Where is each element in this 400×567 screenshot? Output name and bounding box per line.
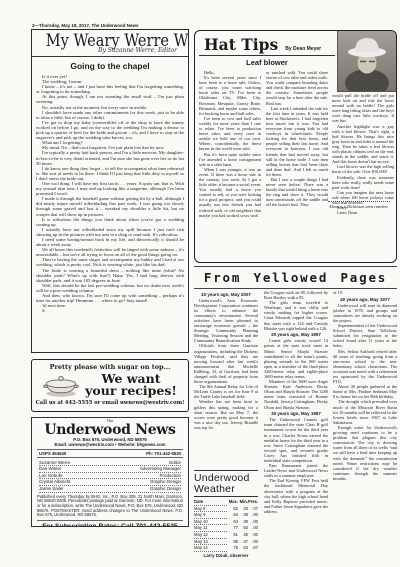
weary-article-body: Is it over yet?The wedding, I mean.I kno…	[32, 74, 188, 349]
paragraph: Members of the 1600 were Angie Strasser,…	[264, 379, 328, 410]
table-row: May 128145.00	[194, 532, 258, 539]
table-cell: 33	[238, 506, 248, 513]
weather-table-rows: May 86233.07May 96438.00May 106438.00May…	[194, 506, 258, 552]
paragraph: About 40 people gathered at the home of …	[333, 384, 397, 399]
table-cell: May 14	[194, 545, 227, 552]
yellowed-1977-heading: 40 years ago, May 1977	[333, 297, 397, 302]
table-row: May 138547.00	[194, 539, 258, 546]
yellowed-pages-header: From Yellowed Pages	[194, 266, 397, 289]
hat-tips-column: Hat Tips By Dean Meyer Leaf blower	[194, 30, 397, 263]
table-cell: 50	[238, 525, 248, 532]
recipes-ad-contact: Call us at 442-5555 or email uwnews@west…	[32, 400, 188, 406]
paragraph: I actually have not rollerbladed since m…	[36, 227, 184, 237]
recipes-ad-headline: We want your recipes!	[85, 373, 177, 398]
table-cell: Editor	[169, 460, 181, 466]
masthead-fine-print: Published every Thursday by BHG, Inc., P…	[37, 495, 183, 519]
masthead-contact: Email: uwnews@westriv.com • Website: bhg…	[37, 442, 183, 447]
weather-title-line2: Weather	[194, 484, 258, 495]
table-cell: .00	[248, 512, 258, 519]
masthead-title: Underwood News	[37, 424, 183, 438]
masthead-usps: USPS 454540	[39, 451, 66, 456]
paragraph: the Cougars with an 88, followed by Ross…	[264, 290, 328, 300]
table-row: May 147653.67	[194, 545, 258, 552]
yellowed-pages-column-2: the Cougars with an 88, followed by Ross…	[264, 290, 328, 560]
paragraph: I shouldn't have made any other commitme…	[36, 110, 184, 120]
hat-tips-header-rule	[199, 55, 335, 56]
hat-tips-article-headline: Leaf blower	[199, 58, 335, 67]
table-cell: 47	[238, 539, 248, 546]
paragraph: I know – it's not – and I just have this…	[36, 84, 184, 94]
yellowed-pages-column-3: of 19. 40 years ago, May 1977 Underwood …	[333, 290, 397, 560]
paragraph: It's been several years since I have bee…	[199, 75, 261, 116]
table-cell: May 13	[194, 539, 227, 546]
table-cell: 38	[238, 519, 248, 526]
yellowed-1977-items: Underwood will note its diamond jubilee …	[333, 303, 397, 481]
table-row: May 117750.00	[194, 525, 258, 532]
table-cell: 76	[228, 545, 238, 552]
table-cell: .00	[248, 532, 258, 539]
hat-tips-header: Hat Tips By Dean Meyer	[204, 35, 321, 55]
masthead-usps-row: USPS 454540 Ph: 701-442-5530	[37, 449, 183, 458]
paragraph: Evidently, there was someone there who r…	[332, 175, 394, 190]
yellowed-pages-column-1: 10 years ago, May 2007 Underwood's Area …	[194, 290, 258, 560]
weather-col-max: Max.	[228, 499, 238, 506]
paragraph: I've got to drop my baby (convertible) o…	[36, 120, 184, 140]
recipes-ad-teaser: Pretty please with sugar on top...	[32, 363, 188, 371]
table-row: Jamie SailerGraphic Design	[39, 486, 181, 493]
table-cell: Lori Gebuhr	[39, 473, 159, 479]
yellowed-1997-items: Comet girls varsity scored 14 points at …	[264, 338, 328, 409]
table-row: Lori GebuhrProduction	[39, 473, 181, 480]
paragraph: But it's been quite awhile since I've at…	[199, 152, 261, 167]
weary-column-title: My Weary Werre World	[46, 32, 174, 49]
paragraph: Comet girls varsity scored 14 points at …	[264, 338, 328, 379]
weather-col-date: Date	[194, 499, 227, 506]
weather-title: Underwood Weather	[194, 473, 258, 497]
paragraph: or ranched with. You could share stories…	[266, 70, 328, 106]
yellowed-2007-heading: 10 years ago, May 2007	[194, 292, 258, 297]
table-cell: Crystal Albrecht	[39, 479, 150, 485]
paragraph: Well, this should be the last pre-weddin…	[36, 283, 184, 293]
weather-table: Date Max. Min. Prec. May 86233.07May 964…	[194, 499, 258, 552]
paragraph: But I saw a couple things I had never se…	[266, 177, 328, 208]
newspaper-masthead: The Underwood News P.O. Box 575, Underwo…	[31, 417, 189, 527]
paragraph: One cool thing: I will have my first tan…	[36, 181, 184, 196]
table-cell: .67	[248, 545, 258, 552]
yellowed-2007-items: Underwood's Area Economic Development Co…	[194, 298, 258, 430]
table-cell: Jamie Sailer	[39, 486, 150, 492]
table-cell: .00	[248, 539, 258, 546]
yellowed-col3-lead: of 19.	[333, 290, 397, 295]
table-cell: 64	[228, 519, 238, 526]
paragraph: Enough water for Underwood's growing nee…	[333, 425, 397, 481]
weather-col-min: Min.	[238, 499, 248, 506]
recipes-ad: Pretty please with sugar on top... We wa…	[31, 359, 189, 412]
paragraph: We all know this weekend's festivities w…	[36, 247, 184, 257]
weary-column-header: My Weary Werre World By Suzanne Werre, E…	[32, 30, 188, 57]
paragraph: Underwood will note its diamond jubilee …	[333, 303, 397, 323]
table-cell: .00	[248, 525, 258, 532]
weather-title-line1: Underwood	[194, 473, 258, 484]
table-cell: 85	[228, 539, 238, 546]
paragraph: The Underwood Comets golf team claimed t…	[264, 417, 328, 463]
table-cell: 62	[228, 506, 238, 513]
yellowed-1997-heading: 20 years ago, May 1997	[264, 332, 328, 337]
hat-tips-column-2: or ranched with. You could share stories…	[266, 70, 328, 258]
paragraph: Underwood's Area Economic Development Co…	[194, 298, 258, 344]
yellowed-1987-items: The Underwood Comets golf team claimed t…	[264, 417, 328, 514]
table-cell: Graphic Design	[150, 486, 181, 492]
weather-col-prec: Prec.	[248, 499, 258, 506]
hat-tips-article-body: Hello,It's been several years since I ha…	[199, 70, 394, 259]
paragraph: The Earl Koenig VFW Post held the tradit…	[264, 478, 328, 514]
table-cell: Advertising Manager	[140, 466, 181, 472]
paragraph: Leaf blower was the high selling horse o…	[332, 164, 394, 174]
yellowed-2007-section: 10 years ago, May 2007 Underwood's Area …	[194, 290, 258, 468]
paragraph: I've been to cow and bull sales weekly f…	[199, 116, 261, 152]
table-cell: 45	[238, 532, 248, 539]
hat-tips-byline: By Dean Meyer	[285, 46, 321, 52]
newspaper-page: 2—Thursday, May 18, 2017, The Underwood …	[0, 0, 400, 567]
paragraph: At this point, though, I am not sweating…	[36, 94, 184, 104]
paragraph: The bride is wearing a beautiful dress –…	[36, 268, 184, 283]
recipes-ad-main: We want your recipes!	[32, 372, 188, 398]
table-cell: 38	[238, 512, 248, 519]
table-cell: May 8	[194, 506, 227, 513]
paragraph: The 8th Annual Relay for Life of McLean …	[194, 384, 258, 399]
table-cell: .00	[248, 519, 258, 526]
paragraph: I do know one thing they forgot – to tel…	[36, 166, 184, 181]
table-row: Suzanne WerreEditor	[39, 460, 181, 467]
table-cell: 64	[228, 512, 238, 519]
table-cell: Graphic Design	[150, 479, 181, 485]
masthead-staff-list: Suzanne WerreEditorDan WinterAdvertising…	[39, 460, 181, 493]
table-cell: May 12	[194, 532, 227, 539]
yellowed-1987-heading: 30 years ago, May 1987	[264, 411, 328, 416]
table-cell: Dan Winter	[39, 466, 140, 472]
paragraph: The girls team traveled to Westhope, and…	[264, 300, 328, 331]
weary-article-headline: Going to the chapel	[32, 61, 188, 71]
table-cell: May 10	[194, 519, 227, 526]
paragraph: When I was younger, it was an event. If …	[199, 167, 261, 218]
paragraph: Later, Dean	[332, 210, 394, 215]
folio-line: 2—Thursday, May 18, 2017, The Underwood …	[32, 23, 138, 28]
paragraph: It is ridiculous the things you think ab…	[36, 217, 184, 227]
paragraph: The drought which prevailed over much of…	[333, 399, 397, 424]
paragraph: I'm typically a pretty laid back person,…	[36, 150, 184, 165]
table-row: Dan WinterAdvertising Manager	[39, 466, 181, 473]
hat-tips-column-1: Hello,It's been several years since I ha…	[199, 70, 261, 258]
paragraph: I made it through the baseball game with…	[36, 196, 184, 216]
covered-pot-icon	[43, 372, 79, 398]
hat-tips-title: Hat Tips	[204, 35, 278, 54]
table-cell: 81	[228, 532, 238, 539]
weather-table-header: Date Max. Min. Prec.	[194, 499, 258, 506]
yellowed-col2-lead: the Cougars with an 88, followed by Ross…	[264, 290, 328, 331]
weather-observer: Larry Dziuk, observer	[194, 553, 258, 558]
masthead-phone: Ph: 701-442-5530	[146, 451, 181, 456]
table-cell: May 9	[194, 512, 227, 519]
paragraph: They're having the same singer and accom…	[36, 257, 184, 267]
paragraph: would pull the bridle off and put more k…	[332, 93, 394, 124]
paragraph: of 19.	[333, 290, 397, 295]
weary-werre-column: My Weary Werre World By Suzanne Werre, E…	[31, 29, 189, 353]
hat-tips-column-3: would pull the bridle off and put more k…	[332, 93, 394, 235]
hat-tips-author-tagline: Dean is a Dickinson area rancher.	[328, 201, 390, 209]
table-row: May 106438.00	[194, 519, 258, 526]
paragraph: And then, who knows. I'm sure I'll come …	[36, 293, 184, 303]
table-row: May 86233.07	[194, 506, 258, 513]
paragraph: Mrs. Selma Aufforth retired after 40 yea…	[333, 349, 397, 385]
yellowed-pages-title: From Yellowed Pages	[204, 270, 387, 285]
table-cell: Production	[159, 473, 181, 479]
table-cell: 53	[238, 545, 248, 552]
masthead-subscription-line: For Subscription Rates: Call 701-442-553…	[37, 520, 183, 527]
paragraph: I need some boring/normal back in my lif…	[36, 237, 184, 247]
paragraph: Pam Rasmussen joined the Leader-News and…	[264, 463, 328, 478]
paragraph: Last week I attended the sale for the fi…	[266, 106, 328, 177]
paragraph: Weather has not been kind to golfers thi…	[194, 399, 258, 430]
paragraph: Another highlight was a guy with a leaf …	[332, 124, 394, 165]
table-cell: May 11	[194, 525, 227, 532]
table-row: Crystal AlbrechtGraphic Design	[39, 479, 181, 486]
recipes-ad-headline-line2: your recipes!	[85, 385, 177, 398]
table-cell: Suzanne Werre	[39, 460, 169, 466]
table-cell: .07	[248, 506, 258, 513]
weather-box: Underwood Weather Date Max. Min. Prec. M…	[194, 470, 258, 558]
table-row: May 96438.00	[194, 512, 258, 519]
paragraph: Superintendent of the Underwood School D…	[333, 323, 397, 348]
paragraph: Officials from three Garrison organizati…	[194, 343, 258, 384]
table-cell: 77	[228, 525, 238, 532]
paragraph: S.	[36, 308, 184, 313]
